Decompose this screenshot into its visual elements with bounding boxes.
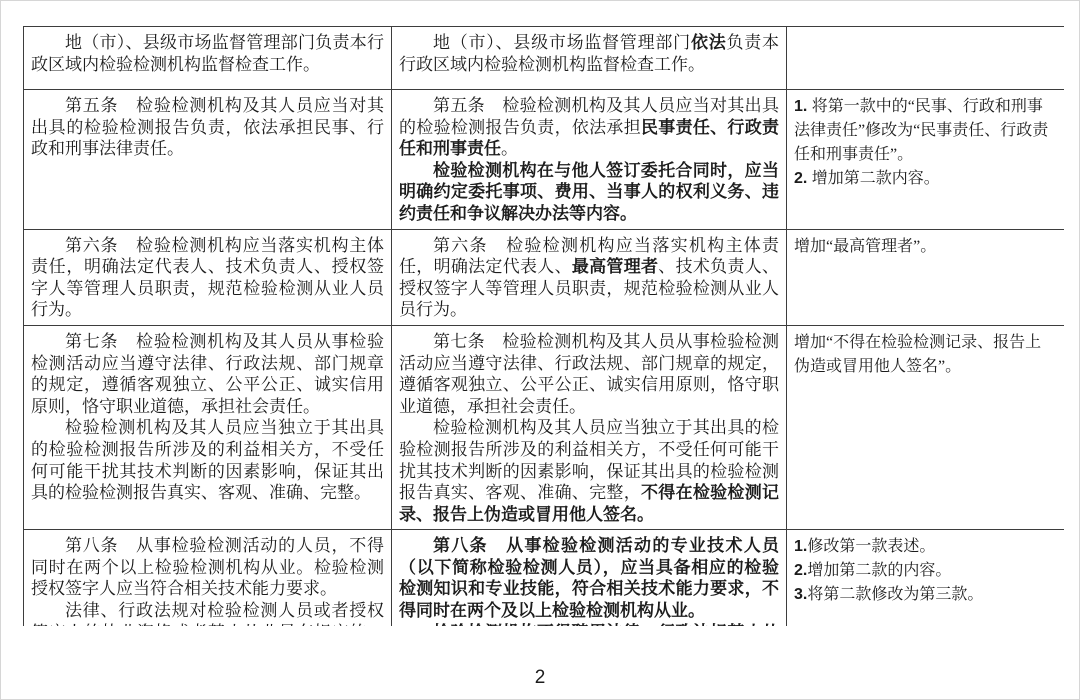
text-segment: 第五条 检验检测机构及其人员应当对其出具的检验检测报告负责，依法承担民事、行政和… [31, 96, 384, 158]
text-segment: 第七条 检验检测机构及其人员从事检验检测活动应当遵守法律、行政法规、部门规章的规… [31, 332, 384, 416]
comparison-table-container: 地（市）、县级市场监督管理部门负责本行政区域内检验检测机构监督检查工作。地（市）… [23, 26, 1064, 626]
text-segment: 增加“最高管理者”。 [794, 238, 936, 255]
text-segment: 增加第二款内容。 [812, 170, 940, 187]
clause-paragraph: 第七条 检验检测机构及其人员从事检验检测活动应当遵守法律、行政法规、部门规章的规… [399, 331, 779, 417]
comparison-table-body: 地（市）、县级市场监督管理部门负责本行政区域内检验检测机构监督检查工作。地（市）… [24, 27, 1065, 627]
emphasized-text-segment: 第八条 从事检验检测活动的专业技术人员（以下简称检验检测人员），应当具备相应的检… [399, 536, 779, 620]
emphasized-text-segment: 依法 [691, 33, 727, 52]
emphasized-text-segment: 1. [794, 538, 807, 555]
revised-cell: 第五条 检验检测机构及其人员应当对其出具的检验检测报告负责，依法承担民事责任、行… [392, 90, 787, 230]
clause-paragraph: 检验检测机构及其人员应当独立于其出具的检验检测报告所涉及的利益相关方，不受任何可… [399, 417, 779, 525]
text-segment: 第六条 检验检测机构应当落实机构主体责任，明确法定代表人、技术负责人、授权签字人… [31, 236, 384, 320]
revised-cell: 第八条 从事检验检测活动的专业技术人员（以下简称检验检测人员），应当具备相应的检… [392, 530, 787, 626]
text-segment: 将第二款修改为第三款。 [807, 586, 983, 603]
clause-paragraph: 第八条 从事检验检测活动的人员，不得同时在两个以上检验检测机构从业。检验检测授权… [31, 535, 384, 600]
emphasized-text-segment: 最高管理者 [572, 257, 658, 276]
revision-note-paragraph: 2. 增加第二款内容。 [794, 167, 1057, 191]
original-cell: 第六条 检验检测机构应当落实机构主体责任，明确法定代表人、技术负责人、授权签字人… [24, 229, 392, 325]
revision-note-paragraph: 1.修改第一款表述。 [794, 535, 1057, 559]
clause-paragraph: 检验检测机构不得聘用法律、行政法规禁止从事检 [399, 622, 779, 626]
document-page: 地（市）、县级市场监督管理部门负责本行政区域内检验检测机构监督检查工作。地（市）… [0, 0, 1080, 700]
emphasized-text-segment: 2. [794, 170, 812, 187]
original-cell: 地（市）、县级市场监督管理部门负责本行政区域内检验检测机构监督检查工作。 [24, 27, 392, 90]
table-row: 第七条 检验检测机构及其人员从事检验检测活动应当遵守法律、行政法规、部门规章的规… [24, 325, 1065, 529]
notes-cell [787, 27, 1065, 90]
table-row: 地（市）、县级市场监督管理部门负责本行政区域内检验检测机构监督检查工作。地（市）… [24, 27, 1065, 90]
notes-cell: 1.修改第一款表述。2.增加第二款的内容。3.将第二款修改为第三款。 [787, 530, 1065, 626]
table-row: 第五条 检验检测机构及其人员应当对其出具的检验检测报告负责，依法承担民事、行政和… [24, 90, 1065, 230]
clause-paragraph: 地（市）、县级市场监督管理部门负责本行政区域内检验检测机构监督检查工作。 [31, 32, 384, 75]
text-segment: 地（市）、县级市场监督管理部门负责本行政区域内检验检测机构监督检查工作。 [31, 33, 384, 74]
clause-paragraph: 地（市）、县级市场监督管理部门依法负责本行政区域内检验检测机构监督检查工作。 [399, 32, 779, 75]
clause-paragraph: 第六条 检验检测机构应当落实机构主体责任，明确法定代表人、技术负责人、授权签字人… [31, 235, 384, 321]
revision-note-paragraph: 3.将第二款修改为第三款。 [794, 583, 1057, 607]
revision-note-paragraph: 1. 将第一款中的“民事、行政和刑事法律责任”修改为“民事责任、行政责任和刑事责… [794, 95, 1057, 167]
revised-cell: 第六条 检验检测机构应当落实机构主体责任，明确法定代表人、最高管理者、技术负责人… [392, 229, 787, 325]
text-segment: 法律、行政法规对检验检测人员或者授权签字人的执业资格或者禁止从业另有规定的，依照… [31, 601, 384, 626]
original-cell: 第八条 从事检验检测活动的人员，不得同时在两个以上检验检测机构从业。检验检测授权… [24, 530, 392, 626]
revision-note-paragraph: 增加“不得在检验检测记录、报告上伪造或冒用他人签名”。 [794, 331, 1057, 379]
text-segment: 检验检测机构及其人员应当独立于其出具的检验检测报告所涉及的利益相关方，不受任何可… [31, 418, 384, 502]
text-segment: 。 [501, 139, 518, 158]
text-segment: 地（市）、县级市场监督管理部门 [433, 33, 691, 52]
emphasized-text-segment: 2. [794, 562, 807, 579]
notes-cell: 1. 将第一款中的“民事、行政和刑事法律责任”修改为“民事责任、行政责任和刑事责… [787, 90, 1065, 230]
revised-cell: 地（市）、县级市场监督管理部门依法负责本行政区域内检验检测机构监督检查工作。 [392, 27, 787, 90]
page-number: 2 [1, 667, 1079, 689]
text-segment: 第七条 检验检测机构及其人员从事检验检测活动应当遵守法律、行政法规、部门规章的规… [399, 332, 779, 416]
original-cell: 第五条 检验检测机构及其人员应当对其出具的检验检测报告负责，依法承担民事、行政和… [24, 90, 392, 230]
clause-paragraph: 第六条 检验检测机构应当落实机构主体责任，明确法定代表人、最高管理者、技术负责人… [399, 235, 779, 321]
text-segment: 修改第一款表述。 [807, 538, 935, 555]
clause-paragraph: 第七条 检验检测机构及其人员从事检验检测活动应当遵守法律、行政法规、部门规章的规… [31, 331, 384, 417]
clause-paragraph: 第五条 检验检测机构及其人员应当对其出具的检验检测报告负责，依法承担民事责任、行… [399, 95, 779, 160]
notes-cell: 增加“最高管理者”。 [787, 229, 1065, 325]
table-row: 第六条 检验检测机构应当落实机构主体责任，明确法定代表人、技术负责人、授权签字人… [24, 229, 1065, 325]
clause-paragraph: 法律、行政法规对检验检测人员或者授权签字人的执业资格或者禁止从业另有规定的，依照… [31, 600, 384, 626]
original-cell: 第七条 检验检测机构及其人员从事检验检测活动应当遵守法律、行政法规、部门规章的规… [24, 325, 392, 529]
text-segment: 增加“不得在检验检测记录、报告上伪造或冒用他人签名”。 [794, 334, 1041, 375]
revision-note-paragraph: 增加“最高管理者”。 [794, 235, 1057, 259]
text-segment: 增加第二款的内容。 [807, 562, 951, 579]
regulation-comparison-table: 地（市）、县级市场监督管理部门负责本行政区域内检验检测机构监督检查工作。地（市）… [23, 26, 1064, 626]
emphasized-text-segment: 1. [794, 98, 812, 115]
emphasized-text-segment: 3. [794, 586, 807, 603]
text-segment: 将第一款中的“民事、行政和刑事法律责任”修改为“民事责任、行政责任和刑事责任”。 [794, 98, 1048, 163]
clause-paragraph: 检验检测机构及其人员应当独立于其出具的检验检测报告所涉及的利益相关方，不受任何可… [31, 417, 384, 503]
revised-cell: 第七条 检验检测机构及其人员从事检验检测活动应当遵守法律、行政法规、部门规章的规… [392, 325, 787, 529]
table-row: 第八条 从事检验检测活动的人员，不得同时在两个以上检验检测机构从业。检验检测授权… [24, 530, 1065, 626]
clause-paragraph: 第五条 检验检测机构及其人员应当对其出具的检验检测报告负责，依法承担民事、行政和… [31, 95, 384, 160]
clause-paragraph: 第八条 从事检验检测活动的专业技术人员（以下简称检验检测人员），应当具备相应的检… [399, 535, 779, 621]
clause-paragraph: 检验检测机构在与他人签订委托合同时，应当明确约定委托事项、费用、当事人的权利义务… [399, 160, 779, 225]
revision-note-paragraph: 2.增加第二款的内容。 [794, 559, 1057, 583]
emphasized-text-segment: 检验检测机构在与他人签订委托合同时，应当明确约定委托事项、费用、当事人的权利义务… [399, 161, 779, 223]
notes-cell: 增加“不得在检验检测记录、报告上伪造或冒用他人签名”。 [787, 325, 1065, 529]
emphasized-text-segment: 检验检测机构不得聘用法律、行政法规禁止从事检 [399, 623, 779, 626]
text-segment: 第八条 从事检验检测活动的人员，不得同时在两个以上检验检测机构从业。检验检测授权… [31, 536, 384, 598]
